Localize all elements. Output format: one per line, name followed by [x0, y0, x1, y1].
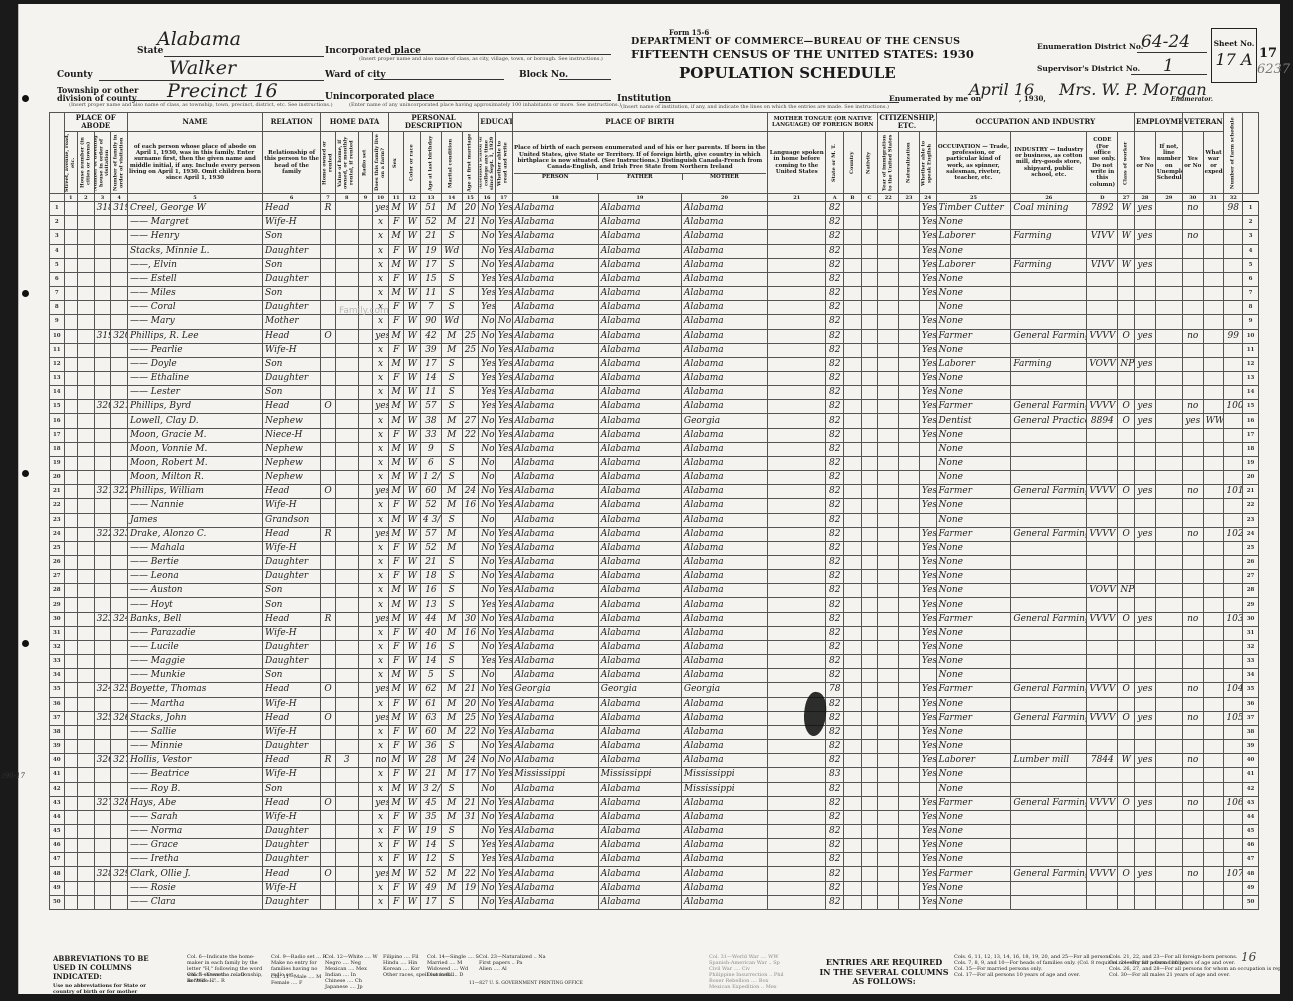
empty-cell	[78, 414, 95, 428]
class-of-worker: W	[1118, 230, 1135, 244]
line-number-right: 15	[1243, 400, 1259, 414]
person-birthplace: Alabama	[512, 626, 598, 640]
person-name: —— Nannie	[127, 499, 262, 513]
table-row: 2—— MargretWife-HxFW52M21NoYesAlabamaAla…	[50, 216, 1259, 230]
age-at-marriage	[462, 782, 479, 796]
occupation: None	[936, 895, 1011, 909]
home-owned	[321, 768, 336, 782]
class-of-worker: O	[1118, 796, 1135, 810]
mother-birthplace: Alabama	[681, 895, 767, 909]
occupation: Laborer	[936, 357, 1011, 371]
employed: yes	[1135, 414, 1156, 428]
school-attendance: Yes	[479, 400, 496, 414]
person-birthplace: Alabama	[512, 725, 598, 739]
veteran	[1182, 824, 1203, 838]
dwelling-number	[94, 584, 111, 598]
farm-residence: yes	[373, 527, 389, 541]
race: W	[404, 782, 421, 796]
empty-cell	[899, 895, 920, 909]
dwelling-number	[94, 386, 111, 400]
institution-note: (Insert name of institution, if any, and…	[621, 104, 889, 110]
marital-status: M	[441, 754, 462, 768]
line-number-right: 44	[1243, 810, 1259, 824]
home-value	[335, 442, 358, 456]
home-value	[335, 881, 358, 895]
empty-cell	[878, 810, 899, 824]
read-write: Yes	[495, 839, 512, 853]
empty-cell	[861, 711, 878, 725]
dwelling-number: 322	[94, 527, 111, 541]
school-attendance: No	[479, 258, 496, 272]
veteran	[1182, 669, 1203, 683]
line-number-right: 18	[1243, 442, 1259, 456]
farm-residence: x	[373, 442, 389, 456]
line-number: 26	[50, 556, 65, 570]
person-birthplace: Alabama	[512, 669, 598, 683]
mother-birthplace: Alabama	[681, 711, 767, 725]
empty-cell	[358, 202, 373, 216]
home-value	[335, 485, 358, 499]
age-at-marriage	[462, 541, 479, 555]
empty-cell	[768, 485, 826, 499]
empty-cell	[1155, 499, 1182, 513]
marital-status: S	[441, 640, 462, 654]
empty-cell	[64, 683, 78, 697]
farm-residence: x	[373, 839, 389, 853]
empty-cell	[1155, 343, 1182, 357]
speaks-english: Yes	[919, 796, 936, 810]
farm-schedule	[1224, 626, 1243, 640]
person-name: —— Norma	[127, 824, 262, 838]
empty-cell	[358, 754, 373, 768]
line-number: 12	[50, 357, 65, 371]
war	[1203, 471, 1224, 485]
occupation: Timber Cutter	[936, 202, 1011, 216]
farm-schedule	[1224, 414, 1243, 428]
empty-cell	[768, 895, 826, 909]
empty-cell	[899, 881, 920, 895]
empty-cell	[861, 881, 878, 895]
table-row: 48328329Clark, Ollie J.HeadOyesMW52M22No…	[50, 867, 1259, 881]
home-owned	[321, 626, 336, 640]
line-number-right: 36	[1243, 697, 1259, 711]
line-number: 7	[50, 287, 65, 301]
mother-birthplace: Alabama	[681, 371, 767, 385]
veteran	[1182, 640, 1203, 654]
relation: Daughter	[263, 556, 321, 570]
class-of-worker	[1118, 301, 1135, 315]
table-row: 50—— ClaraDaughterxFW17SNoYesAlabamaAlab…	[50, 895, 1259, 909]
employed	[1135, 556, 1156, 570]
relation: Daughter	[263, 640, 321, 654]
empty-cell	[878, 881, 899, 895]
empty-cell	[878, 669, 899, 683]
school-attendance: Yes	[479, 598, 496, 612]
occupation: None	[936, 768, 1011, 782]
speaks-english	[919, 782, 936, 796]
state-code: 82	[826, 428, 844, 442]
school-attendance: No	[479, 711, 496, 725]
home-owned	[321, 258, 336, 272]
father-birthplace: Alabama	[598, 655, 681, 669]
speaks-english: Yes	[919, 711, 936, 725]
empty-cell	[1155, 612, 1182, 626]
birth-description: Place of birth of each person enumerated…	[514, 145, 767, 170]
relation: Wife-H	[263, 343, 321, 357]
employed: yes	[1135, 796, 1156, 810]
person-birthplace: Alabama	[512, 697, 598, 711]
line-number: 8	[50, 301, 65, 315]
empty-cell	[358, 655, 373, 669]
home-owned	[321, 655, 336, 669]
col12-note: Col. 12—White .... W Negro .... Neg Mexi…	[325, 954, 378, 990]
mother-birthplace: Alabama	[681, 485, 767, 499]
veteran	[1182, 301, 1203, 315]
occupation-code	[1087, 513, 1118, 527]
empty-cell	[878, 640, 899, 654]
read-write: Yes	[495, 400, 512, 414]
employed	[1135, 244, 1156, 258]
relation: Daughter	[263, 301, 321, 315]
father-birthplace: Alabama	[598, 414, 681, 428]
class-of-worker	[1118, 669, 1135, 683]
veteran: no	[1182, 400, 1203, 414]
empty-cell	[899, 258, 920, 272]
marital-status: S	[441, 471, 462, 485]
empty-cell	[1155, 315, 1182, 329]
industry: Lumber mill	[1011, 754, 1087, 768]
empty-cell	[768, 287, 826, 301]
state-code: 82	[826, 343, 844, 357]
empty-cell	[78, 400, 95, 414]
read-write: Yes	[495, 655, 512, 669]
empty-cell	[768, 499, 826, 513]
industry	[1011, 655, 1087, 669]
empty-cell	[861, 386, 878, 400]
line-number: 30	[50, 612, 65, 626]
empty-cell	[768, 853, 826, 867]
school-attendance: No	[479, 541, 496, 555]
person-birthplace: Alabama	[512, 371, 598, 385]
empty-cell	[1155, 386, 1182, 400]
dwelling-number	[94, 301, 111, 315]
dwelling-number	[94, 343, 111, 357]
relation: Head	[263, 711, 321, 725]
empty-cell	[78, 740, 95, 754]
empty-cell	[844, 471, 862, 485]
dwelling-number	[94, 258, 111, 272]
empty-cell	[861, 683, 878, 697]
read-write: Yes	[495, 386, 512, 400]
line-number-right: 6	[1243, 272, 1259, 286]
state-code: 82	[826, 754, 844, 768]
father-birthplace: Alabama	[598, 626, 681, 640]
marital-status: S	[441, 740, 462, 754]
farm-residence: yes	[373, 329, 389, 343]
line-number-right: 30	[1243, 612, 1259, 626]
form-footer: ABBREVIATIONS TO BE USED IN COLUMNS INDI…	[49, 952, 1259, 990]
father-birthplace: Alabama	[598, 471, 681, 485]
table-row: 17Moon, Gracie M.Niece-HxFW33M22NoYesAla…	[50, 428, 1259, 442]
farm-residence: x	[373, 386, 389, 400]
marital-status: S	[441, 669, 462, 683]
farm-schedule: 102	[1224, 527, 1243, 541]
relation: Daughter	[263, 740, 321, 754]
empty-cell	[78, 640, 95, 654]
empty-cell	[1155, 272, 1182, 286]
age: 4 3/12	[421, 513, 442, 527]
dwelling-number: 319	[94, 329, 111, 343]
empty-cell	[78, 357, 95, 371]
occupation: None	[936, 442, 1011, 456]
table-row: 22—— NannieWife-HxFW52M16NoYesAlabamaAla…	[50, 499, 1259, 513]
empty-cell	[844, 725, 862, 739]
mother-birthplace: Alabama	[681, 216, 767, 230]
employed	[1135, 853, 1156, 867]
person-birthplace: Alabama	[512, 541, 598, 555]
abbreviations-title: ABBREVIATIONS TO BE USED IN COLUMNS INDI…	[53, 954, 158, 981]
mother-birthplace: Alabama	[681, 796, 767, 810]
industry	[1011, 895, 1087, 909]
table-row: 9—— MaryMotherxFW90WdNoNoAlabamaAlabamaA…	[50, 315, 1259, 329]
person-birthplace: Alabama	[512, 315, 598, 329]
family-number: 322	[111, 485, 128, 499]
column-number: 26	[1011, 194, 1087, 202]
class-of-worker	[1118, 640, 1135, 654]
empty-cell	[78, 895, 95, 909]
empty-cell	[64, 711, 78, 725]
class-of-worker: O	[1118, 527, 1135, 541]
line-number-header	[50, 113, 65, 194]
veteran: no	[1182, 527, 1203, 541]
empty-cell	[861, 556, 878, 570]
family-number: 320	[111, 329, 128, 343]
read-write	[495, 669, 512, 683]
marital-status: M	[441, 428, 462, 442]
empty-cell	[358, 230, 373, 244]
empty-cell	[878, 824, 899, 838]
speaks-english: Yes	[919, 202, 936, 216]
farm-residence: x	[373, 216, 389, 230]
war	[1203, 853, 1224, 867]
township-note: (Insert proper name and also name of cla…	[69, 102, 333, 108]
occupation: None	[936, 456, 1011, 470]
person-birthplace: Alabama	[512, 527, 598, 541]
age: 12	[421, 853, 442, 867]
empty-cell	[768, 386, 826, 400]
employed: yes	[1135, 527, 1156, 541]
relation: Daughter	[263, 839, 321, 853]
person-birthplace: Alabama	[512, 796, 598, 810]
empty-cell	[844, 697, 862, 711]
speaks-english	[919, 669, 936, 683]
table-row: 41—— BeatriceWife-HxFW21M17NoYesMississi…	[50, 768, 1259, 782]
veteran	[1182, 655, 1203, 669]
farm-residence: yes	[373, 202, 389, 216]
farm-residence: yes	[373, 683, 389, 697]
line-number-right: 27	[1243, 570, 1259, 584]
father-birthplace: Alabama	[598, 329, 681, 343]
occupation-code	[1087, 343, 1118, 357]
dwelling-number: 318	[94, 202, 111, 216]
industry	[1011, 669, 1087, 683]
line-number: 14	[50, 386, 65, 400]
empty-cell	[861, 258, 878, 272]
dwelling-number: 324	[94, 683, 111, 697]
mother-birthplace: Alabama	[681, 725, 767, 739]
speaks-english: Yes	[919, 244, 936, 258]
age-at-marriage: 19	[462, 881, 479, 895]
state-code: 82	[826, 442, 844, 456]
age: 14	[421, 839, 442, 853]
age-at-marriage: 31	[462, 810, 479, 824]
state-code: 82	[826, 839, 844, 853]
person-birthplace: Alabama	[512, 343, 598, 357]
empty-cell	[899, 839, 920, 853]
school-attendance: Yes	[479, 655, 496, 669]
family-number	[111, 824, 128, 838]
read-write: Yes	[495, 612, 512, 626]
home-value	[335, 371, 358, 385]
school-attendance: No	[479, 768, 496, 782]
person-name: —— Hoyt	[127, 598, 262, 612]
farm-residence: x	[373, 655, 389, 669]
home-owned	[321, 556, 336, 570]
class-of-worker	[1118, 499, 1135, 513]
table-row: 29—— HoytSonxMW13SYesYesAlabamaAlabamaAl…	[50, 598, 1259, 612]
veteran	[1182, 343, 1203, 357]
farm-residence: x	[373, 853, 389, 867]
race: W	[404, 640, 421, 654]
home-value	[335, 612, 358, 626]
person-birthplace: Alabama	[512, 570, 598, 584]
line-number-right: 2	[1243, 216, 1259, 230]
empty-cell	[878, 697, 899, 711]
name-description-header: of each person whose place of abode on A…	[127, 132, 262, 194]
empty-cell	[358, 471, 373, 485]
class-of-worker: W	[1118, 754, 1135, 768]
relation: Nephew	[263, 414, 321, 428]
empty-cell	[844, 810, 862, 824]
occupation-code: VIVV	[1087, 230, 1118, 244]
empty-cell	[899, 853, 920, 867]
state-code: 82	[826, 796, 844, 810]
empty-cell	[1155, 471, 1182, 485]
relation: Wife-H	[263, 626, 321, 640]
empty-cell	[844, 669, 862, 683]
line-number: 37	[50, 711, 65, 725]
empty-cell	[1155, 556, 1182, 570]
empty-cell	[844, 357, 862, 371]
column-number: 31	[1203, 194, 1224, 202]
empty-cell	[768, 456, 826, 470]
dwelling-number	[94, 740, 111, 754]
empty-cell	[78, 216, 95, 230]
sex: F	[388, 315, 404, 329]
farm-schedule: 101	[1224, 485, 1243, 499]
occupation-code	[1087, 697, 1118, 711]
empty-cell	[899, 796, 920, 810]
farm-residence: x	[373, 513, 389, 527]
table-row: 8—— CoralDaughterxFW7SYesAlabamaAlabamaA…	[50, 301, 1259, 315]
sex: F	[388, 839, 404, 853]
age: 35	[421, 810, 442, 824]
war	[1203, 541, 1224, 555]
person-birthplace: Alabama	[512, 640, 598, 654]
line-number-right: 34	[1243, 669, 1259, 683]
home-owned	[321, 584, 336, 598]
father-birth-header: FATHER	[598, 174, 683, 180]
tongue-group-header: MOTHER TONGUE (OR NATIVE LANGUAGE) OF FO…	[768, 113, 878, 132]
school-attendance: No	[479, 216, 496, 230]
home-owned: R	[321, 754, 336, 768]
speaks-english: Yes	[919, 541, 936, 555]
mother-birthplace: Alabama	[681, 329, 767, 343]
sex: M	[388, 598, 404, 612]
occupation-code	[1087, 315, 1118, 329]
sex: F	[388, 216, 404, 230]
marital-status: S	[441, 824, 462, 838]
veteran	[1182, 287, 1203, 301]
age: 16	[421, 584, 442, 598]
empty-cell	[878, 357, 899, 371]
sex-header: Sex	[388, 132, 404, 194]
home-owned	[321, 725, 336, 739]
speaks-english	[919, 442, 936, 456]
age-at-marriage: 21	[462, 216, 479, 230]
empty-cell	[878, 329, 899, 343]
empty-cell	[768, 541, 826, 555]
family-number	[111, 782, 128, 796]
person-name: James	[127, 513, 262, 527]
mother-birthplace: Alabama	[681, 570, 767, 584]
empty-cell	[358, 400, 373, 414]
age: 60	[421, 485, 442, 499]
age: 19	[421, 824, 442, 838]
occupation: None	[936, 669, 1011, 683]
speaks-english	[919, 513, 936, 527]
person-name: Creel, George W	[127, 202, 262, 216]
sex: M	[388, 202, 404, 216]
state-code: 82	[826, 626, 844, 640]
column-number: 21	[768, 194, 826, 202]
empty-cell	[358, 216, 373, 230]
industry	[1011, 541, 1087, 555]
column-number: 15	[462, 194, 479, 202]
line-number-right: 25	[1243, 541, 1259, 555]
empty-cell	[1155, 754, 1182, 768]
farm-residence: x	[373, 230, 389, 244]
empty-cell	[878, 371, 899, 385]
state-code: 82	[826, 556, 844, 570]
enumerated-label: Enumerated by me on	[889, 94, 981, 103]
father-birthplace: Alabama	[598, 499, 681, 513]
state-code: 82	[826, 272, 844, 286]
marital-status: Wd	[441, 244, 462, 258]
schedule-title: POPULATION SCHEDULE	[679, 64, 896, 82]
occupation-code: VIVV	[1087, 258, 1118, 272]
person-birthplace: Alabama	[512, 202, 598, 216]
person-birthplace: Georgia	[512, 683, 598, 697]
read-write	[495, 301, 512, 315]
family-number: 326	[111, 711, 128, 725]
marital-status: S	[441, 287, 462, 301]
empty-cell	[878, 895, 899, 909]
empty-cell	[768, 612, 826, 626]
family-number	[111, 428, 128, 442]
empty-cell	[878, 584, 899, 598]
age-at-marriage: 24	[462, 485, 479, 499]
